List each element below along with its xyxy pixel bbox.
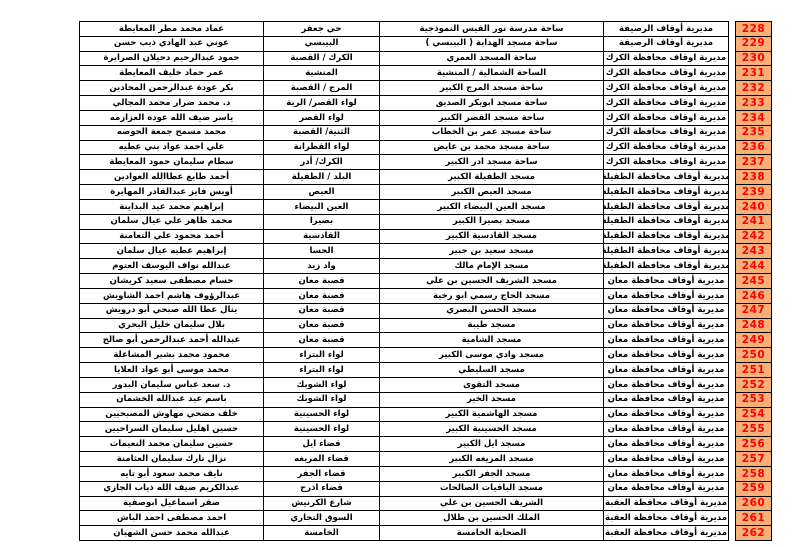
cell-directorate: مديرية أوقاف محافظة معان	[604, 304, 728, 318]
cell-mosque: مسجد المريغه الكبير	[380, 452, 603, 466]
cell-name: عبدالله محمد حسن الشهبان	[80, 526, 263, 540]
cell-district: القادسية	[264, 230, 379, 244]
cell-district: شارع الكرنيش	[264, 497, 379, 511]
cell-name: علي احمد عواد بني عطيه	[80, 141, 263, 155]
cell-name: حسين اهليل سليمان السراحيين	[80, 422, 263, 436]
cell-name: ينال عطا الله صبحي أبو درويش	[80, 304, 263, 318]
cell-name: بكر عودة عبدالرحمن المحادين	[80, 81, 263, 95]
row-number-cell: 260	[736, 497, 771, 511]
cell-mosque: الصحابة الخامسة	[380, 526, 603, 540]
row-number-cell: 254	[736, 408, 771, 422]
row-number-cell: 247	[736, 304, 771, 318]
row-number-cell: 242	[736, 230, 771, 244]
cell-mosque: مسجد الهاشمية الكبير	[380, 408, 603, 422]
row-number-cell: 240	[736, 200, 771, 214]
cell-district: بصيرا	[264, 215, 379, 229]
cell-directorate: مديرية أوقاف محافظة معان	[604, 289, 728, 303]
cell-mosque: مسجد الحسن البصري	[380, 304, 603, 318]
cell-mosque: ساحة مسجد محمد بن عايض	[380, 141, 603, 155]
cell-district: العين البيضاء	[264, 200, 379, 214]
cell-name: نزال تارك سليمان العثامنة	[80, 452, 263, 466]
row-number-cell: 258	[736, 467, 771, 481]
cell-mosque: الشريف الحسين بن علي	[380, 497, 603, 511]
row-number-cell: 253	[736, 393, 771, 407]
row-number-cell: 248	[736, 319, 771, 333]
cell-name: عبدالرؤوف هاشم احمد الشاويش	[80, 289, 263, 303]
cell-name: نايف محمد سعود أبو تايه	[80, 467, 263, 481]
cell-directorate: مديرية أوقاف محافظة الطفيلة	[604, 215, 728, 229]
cell-name: د. سعد عباس سليمان البدور	[80, 378, 263, 392]
cell-mosque: ساحة مسجد المرج الكبير	[380, 81, 603, 95]
row-number-cell: 257	[736, 452, 771, 466]
cell-district: قصبة معان	[264, 274, 379, 288]
cell-mosque: ساحة مسجد القصر الكبير	[380, 111, 603, 125]
row-number-cell: 255	[736, 422, 771, 436]
cell-district: لواء البتراء	[264, 363, 379, 377]
cell-name: سطام سليمان حمود المعايطة	[80, 155, 263, 169]
cell-name: صقر اسماعيل ابوصفية	[80, 497, 263, 511]
cell-name: محمود محمد بشير المشاعلة	[80, 348, 263, 362]
cell-name: إبراهيم عطيه عيال سلمان	[80, 244, 263, 258]
row-number-cell: 262	[736, 526, 771, 540]
cell-directorate: مديرية أوقاف محافظة معان	[604, 393, 728, 407]
cell-directorate: مديرية أوقاف محافظة معان	[604, 437, 728, 451]
row-number-cell: 249	[736, 333, 771, 347]
cell-directorate: مديرية أوقاف محافظة الطفيلة	[604, 200, 728, 214]
document-page: 2282292302312322332342352362372382392402…	[0, 0, 792, 547]
cell-district: لواء الحسينية	[264, 422, 379, 436]
cell-district: لواء الشوبك	[264, 378, 379, 392]
row-number-cell: 244	[736, 259, 771, 273]
cell-mosque: الساحة الشمالية / المنشية	[380, 66, 603, 80]
cell-name: إبراهيم محمد عيد البداينة	[80, 200, 263, 214]
cell-name: محمد موسى أبو عواد العلايا	[80, 363, 263, 377]
row-number-cell: 261	[736, 511, 771, 525]
cell-district: لواء القطرانة	[264, 141, 379, 155]
cell-directorate: مديرية أوقاف محافظة الطفيلة	[604, 185, 728, 199]
cell-mosque: ساحة مسجد ادر الكبير	[380, 155, 603, 169]
cell-directorate: مديرية اوقاف محافظة الكرك	[604, 81, 728, 95]
row-number-cell: 231	[736, 66, 771, 80]
row-number-cell: 245	[736, 274, 771, 288]
cell-name: د. محمد ضرار محمد المجالي	[80, 96, 263, 110]
cell-mosque: مسجد ايل الكبير	[380, 437, 603, 451]
cell-directorate: مديرية اوقاف محافظة الكرك	[604, 111, 728, 125]
cell-directorate: مديرية أوقاف محافظة العقبة	[604, 497, 728, 511]
row-number-cell: 230	[736, 52, 771, 66]
row-number-cell: 239	[736, 185, 771, 199]
cell-mosque: مسجد بصيرا الكبير	[380, 215, 603, 229]
cell-directorate: مديرية اوقاف محافظة الكرك	[604, 52, 728, 66]
cell-mosque: مسجد الشامية	[380, 333, 603, 347]
roster-table: 2282292302312322332342352362372382392402…	[79, 21, 772, 541]
cell-mosque: مسجد سعيد بن جبير	[380, 244, 603, 258]
cell-mosque: مسجد السليطي	[380, 363, 603, 377]
cell-name: عبدالله نواف اليوسف العتوم	[80, 259, 263, 273]
cell-district: الخامسة	[264, 526, 379, 540]
cell-mosque: مسجد الباقيات الصالحات	[380, 482, 603, 496]
cell-directorate: مديرية أوقاف محافظة معان	[604, 348, 728, 362]
cell-mosque: مسجد الطفيلة الكبير	[380, 170, 603, 184]
row-number-cell: 252	[736, 378, 771, 392]
row-number-column: 2282292302312322332342352362372382392402…	[735, 21, 772, 541]
cell-district: السوق التجاري	[264, 511, 379, 525]
cell-district: لواء القصر/ الربة	[264, 96, 379, 110]
cell-mosque: مسجد وادي موسى الكبير	[380, 348, 603, 362]
cell-directorate: مديرية أوقاف محافظة معان	[604, 333, 728, 347]
cell-district: الكرك / القصبة	[264, 52, 379, 66]
cell-name: حمود عبدالرحيم دحيلان الصرايرة	[80, 52, 263, 66]
cell-mosque: ساحة مسجد ابوبكر الصديق	[380, 96, 603, 110]
cell-district: قضاء ايل	[264, 437, 379, 451]
row-number-cell: 246	[736, 289, 771, 303]
cell-district: المرج / القصبة	[264, 81, 379, 95]
cell-name: عمر حماد خليف المعايطة	[80, 66, 263, 80]
cell-directorate: مديرية أوقاف محافظة العقبة	[604, 526, 728, 540]
cell-district: الثنية/ القصبة	[264, 126, 379, 140]
cell-directorate: مديرية أوقاف محافظة معان	[604, 319, 728, 333]
cell-district: قصبة معان	[264, 333, 379, 347]
cell-directorate: مديرية أوقاف محافظة معان	[604, 378, 728, 392]
cell-directorate: مديرية اوقاف محافظة الكرك	[604, 141, 728, 155]
cell-directorate: مديرية أوقاف محافظة معان	[604, 363, 728, 377]
row-number-cell: 243	[736, 244, 771, 258]
cell-mosque: مسجد العيص الكبير	[380, 185, 603, 199]
cell-district: حي جعفر	[264, 22, 379, 36]
cell-district: واد زيد	[264, 259, 379, 273]
cell-mosque: مسجد الشريف الحسين بن علي	[380, 274, 603, 288]
row-number-cell: 234	[736, 111, 771, 125]
cell-directorate: مديرية اوقاف محافظة الكرك	[604, 155, 728, 169]
cell-name: عماد محمد مطر المعايطة	[80, 22, 263, 36]
cell-district: لواء الشوبك	[264, 393, 379, 407]
row-number-cell: 233	[736, 96, 771, 110]
cell-directorate: مديرية أوقاف محافظة الطفيلة	[604, 259, 728, 273]
cell-name: أحمد محمود علي التعامنة	[80, 230, 263, 244]
cell-directorate: مديرية أوقاف محافظة الطفيلة	[604, 244, 728, 258]
row-number-cell: 236	[736, 141, 771, 155]
cell-name: احمد مصطفى احمد الباش	[80, 511, 263, 525]
cell-name: خلف مضحي مهاوش المصبحيين	[80, 408, 263, 422]
row-number-cell: 241	[736, 215, 771, 229]
cell-name: عوني عبد الهادي ذيب حسن	[80, 37, 263, 51]
cell-district: الكرك/ أدر	[264, 155, 379, 169]
cell-name: أحمد طايع عطاالله العوادين	[80, 170, 263, 184]
cell-mosque: ساحة مسجد عمر بن الخطاب	[380, 126, 603, 140]
cell-mosque: ساحة المسجد العمري	[380, 52, 603, 66]
cell-district: قضاء الجفر	[264, 467, 379, 481]
cell-district: لواء القصر	[264, 111, 379, 125]
cell-mosque: مسجد التقوى	[380, 378, 603, 392]
cell-name: أويس فايز عبدالقادر المهايرة	[80, 185, 263, 199]
cell-directorate: مديرية أوقاف محافظة معان	[604, 452, 728, 466]
cell-directorate: مديرية أوقاف محافظة معان	[604, 422, 728, 436]
cell-directorate: مديرية أوقاف محافظة معان	[604, 482, 728, 496]
cell-directorate: مديرية أوقاف محافظة العقبة	[604, 511, 728, 525]
row-number-cell: 229	[736, 37, 771, 51]
cell-district: المنشية	[264, 66, 379, 80]
cell-mosque: مسجد القادسية الكبير	[380, 230, 603, 244]
cell-name: حسين سليمان محمد النعيمات	[80, 437, 263, 451]
cell-mosque: مسجد طيبة	[380, 319, 603, 333]
cell-name: عبدالله أحمد عبدالرحمن أبو صالح	[80, 333, 263, 347]
cell-directorate: مديرية أوقاف محافظة معان	[604, 274, 728, 288]
cell-district: لواء البتراء	[264, 348, 379, 362]
cell-name: محمد ظاهر علي عيال سلمان	[80, 215, 263, 229]
cell-mosque: الملك الحسين بن طلال	[380, 511, 603, 525]
cell-directorate: مديرية أوقاف محافظة الطفيلة	[604, 230, 728, 244]
cell-district: قضاء اذرح	[264, 482, 379, 496]
row-number-cell: 237	[736, 155, 771, 169]
cell-directorate: مديرية اوقاف محافظة الكرك	[604, 126, 728, 140]
cell-name: ياسر ضيف الله عوده العزازمه	[80, 111, 263, 125]
row-number-cell: 251	[736, 363, 771, 377]
table-body: مديرية أوقاف الرصيفةساحة مدرسة نور القيس…	[79, 21, 729, 541]
cell-directorate: مديرية أوقاف الرصيفة	[604, 22, 728, 36]
row-number-cell: 228	[736, 22, 771, 36]
cell-district: قصبة معان	[264, 319, 379, 333]
cell-district: البيبسي	[264, 37, 379, 51]
cell-name: باسم عيد عبدالله الخشمان	[80, 393, 263, 407]
row-number-cell: 235	[736, 126, 771, 140]
cell-name: حسام مصطفى سعيد كريشان	[80, 274, 263, 288]
row-number-cell: 238	[736, 170, 771, 184]
cell-district: البلد / الطفيلة	[264, 170, 379, 184]
cell-mosque: مسجد الحسينية الكبير	[380, 422, 603, 436]
cell-mosque: ساحة مدرسة نور القيس النموذجية	[380, 22, 603, 36]
cell-directorate: مديرية أوقاف محافظة الطفيلة	[604, 170, 728, 184]
cell-district: قضاء المريغه	[264, 452, 379, 466]
cell-directorate: مديرية أوقاف محافظة معان	[604, 408, 728, 422]
row-number-cell: 250	[736, 348, 771, 362]
cell-directorate: مديرية اوقاف محافظة الكرك	[604, 96, 728, 110]
cell-mosque: مسجد الإمام مالك	[380, 259, 603, 273]
cell-district: لواء الحسينية	[264, 408, 379, 422]
cell-mosque: مسجد العين البيضاء الكبير	[380, 200, 603, 214]
cell-directorate: مديرية أوقاف محافظة معان	[604, 467, 728, 481]
cell-mosque: ساحة مسجد الهداية ( البيبسي )	[380, 37, 603, 51]
cell-mosque: مسجد الجفر الكبير	[380, 467, 603, 481]
cell-district: العيص	[264, 185, 379, 199]
cell-mosque: مسجد الخير	[380, 393, 603, 407]
row-number-cell: 259	[736, 482, 771, 496]
cell-mosque: مسجد الحاج رسمي ابو رخية	[380, 289, 603, 303]
row-number-cell: 232	[736, 81, 771, 95]
cell-directorate: مديرية أوقاف الرصيفة	[604, 37, 728, 51]
cell-name: بلال سليمان خليل البحري	[80, 319, 263, 333]
cell-directorate: مديرية اوقاف محافظة الكرك	[604, 66, 728, 80]
row-number-cell: 256	[736, 437, 771, 451]
cell-district: الحسا	[264, 244, 379, 258]
cell-district: قصبة معان	[264, 304, 379, 318]
cell-district: قصبة معان	[264, 289, 379, 303]
cell-name: محمد مسمح جمعة الحوصه	[80, 126, 263, 140]
cell-name: عبدالكريم ضيف الله ذياب الجازي	[80, 482, 263, 496]
